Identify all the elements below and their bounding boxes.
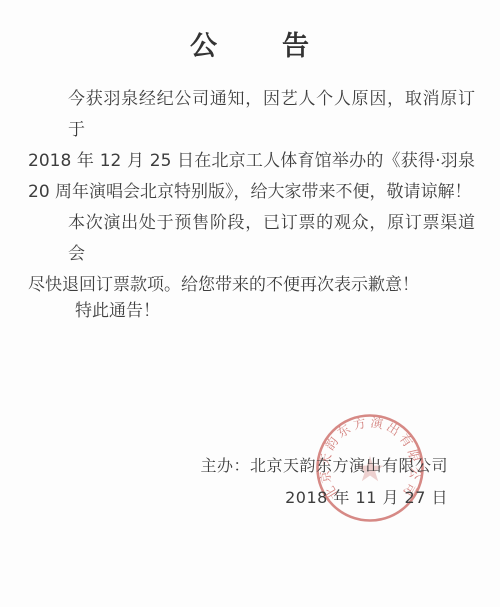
signature-block: 主办：北京天韵东方演出有限公司 2018 年 11 月 27 日 xyxy=(200,450,448,513)
paragraph1-line3: 20 周年演唱会北京特别版》，给大家带来不便，敬请谅解！ xyxy=(28,177,475,208)
paragraph1-line1: 今获羽泉经纪公司通知，因艺人个人原因，取消原订于 xyxy=(28,84,475,146)
title-char-right: 告 xyxy=(282,24,310,63)
page-title: 公 告 xyxy=(0,24,500,63)
announcement-body: 今获羽泉经纪公司通知，因艺人个人原因，取消原订于 2018 年 12 月 25 … xyxy=(28,84,475,301)
announcement-document: 公 告 今获羽泉经纪公司通知，因艺人个人原因，取消原订于 2018 年 12 月… xyxy=(0,0,500,607)
title-char-left: 公 xyxy=(190,24,218,63)
closing-statement: 特此通告！ xyxy=(28,296,160,327)
paragraph2-line1: 本次演出处于预售阶段，已订票的观众，原订票渠道会 xyxy=(28,208,475,270)
paragraph1-line2: 2018 年 12 月 25 日在北京工人体育馆举办的《获得·羽泉 xyxy=(28,146,475,177)
organizer-line: 主办：北京天韵东方演出有限公司 xyxy=(200,450,448,481)
date-line: 2018 年 11 月 27 日 xyxy=(200,482,448,513)
